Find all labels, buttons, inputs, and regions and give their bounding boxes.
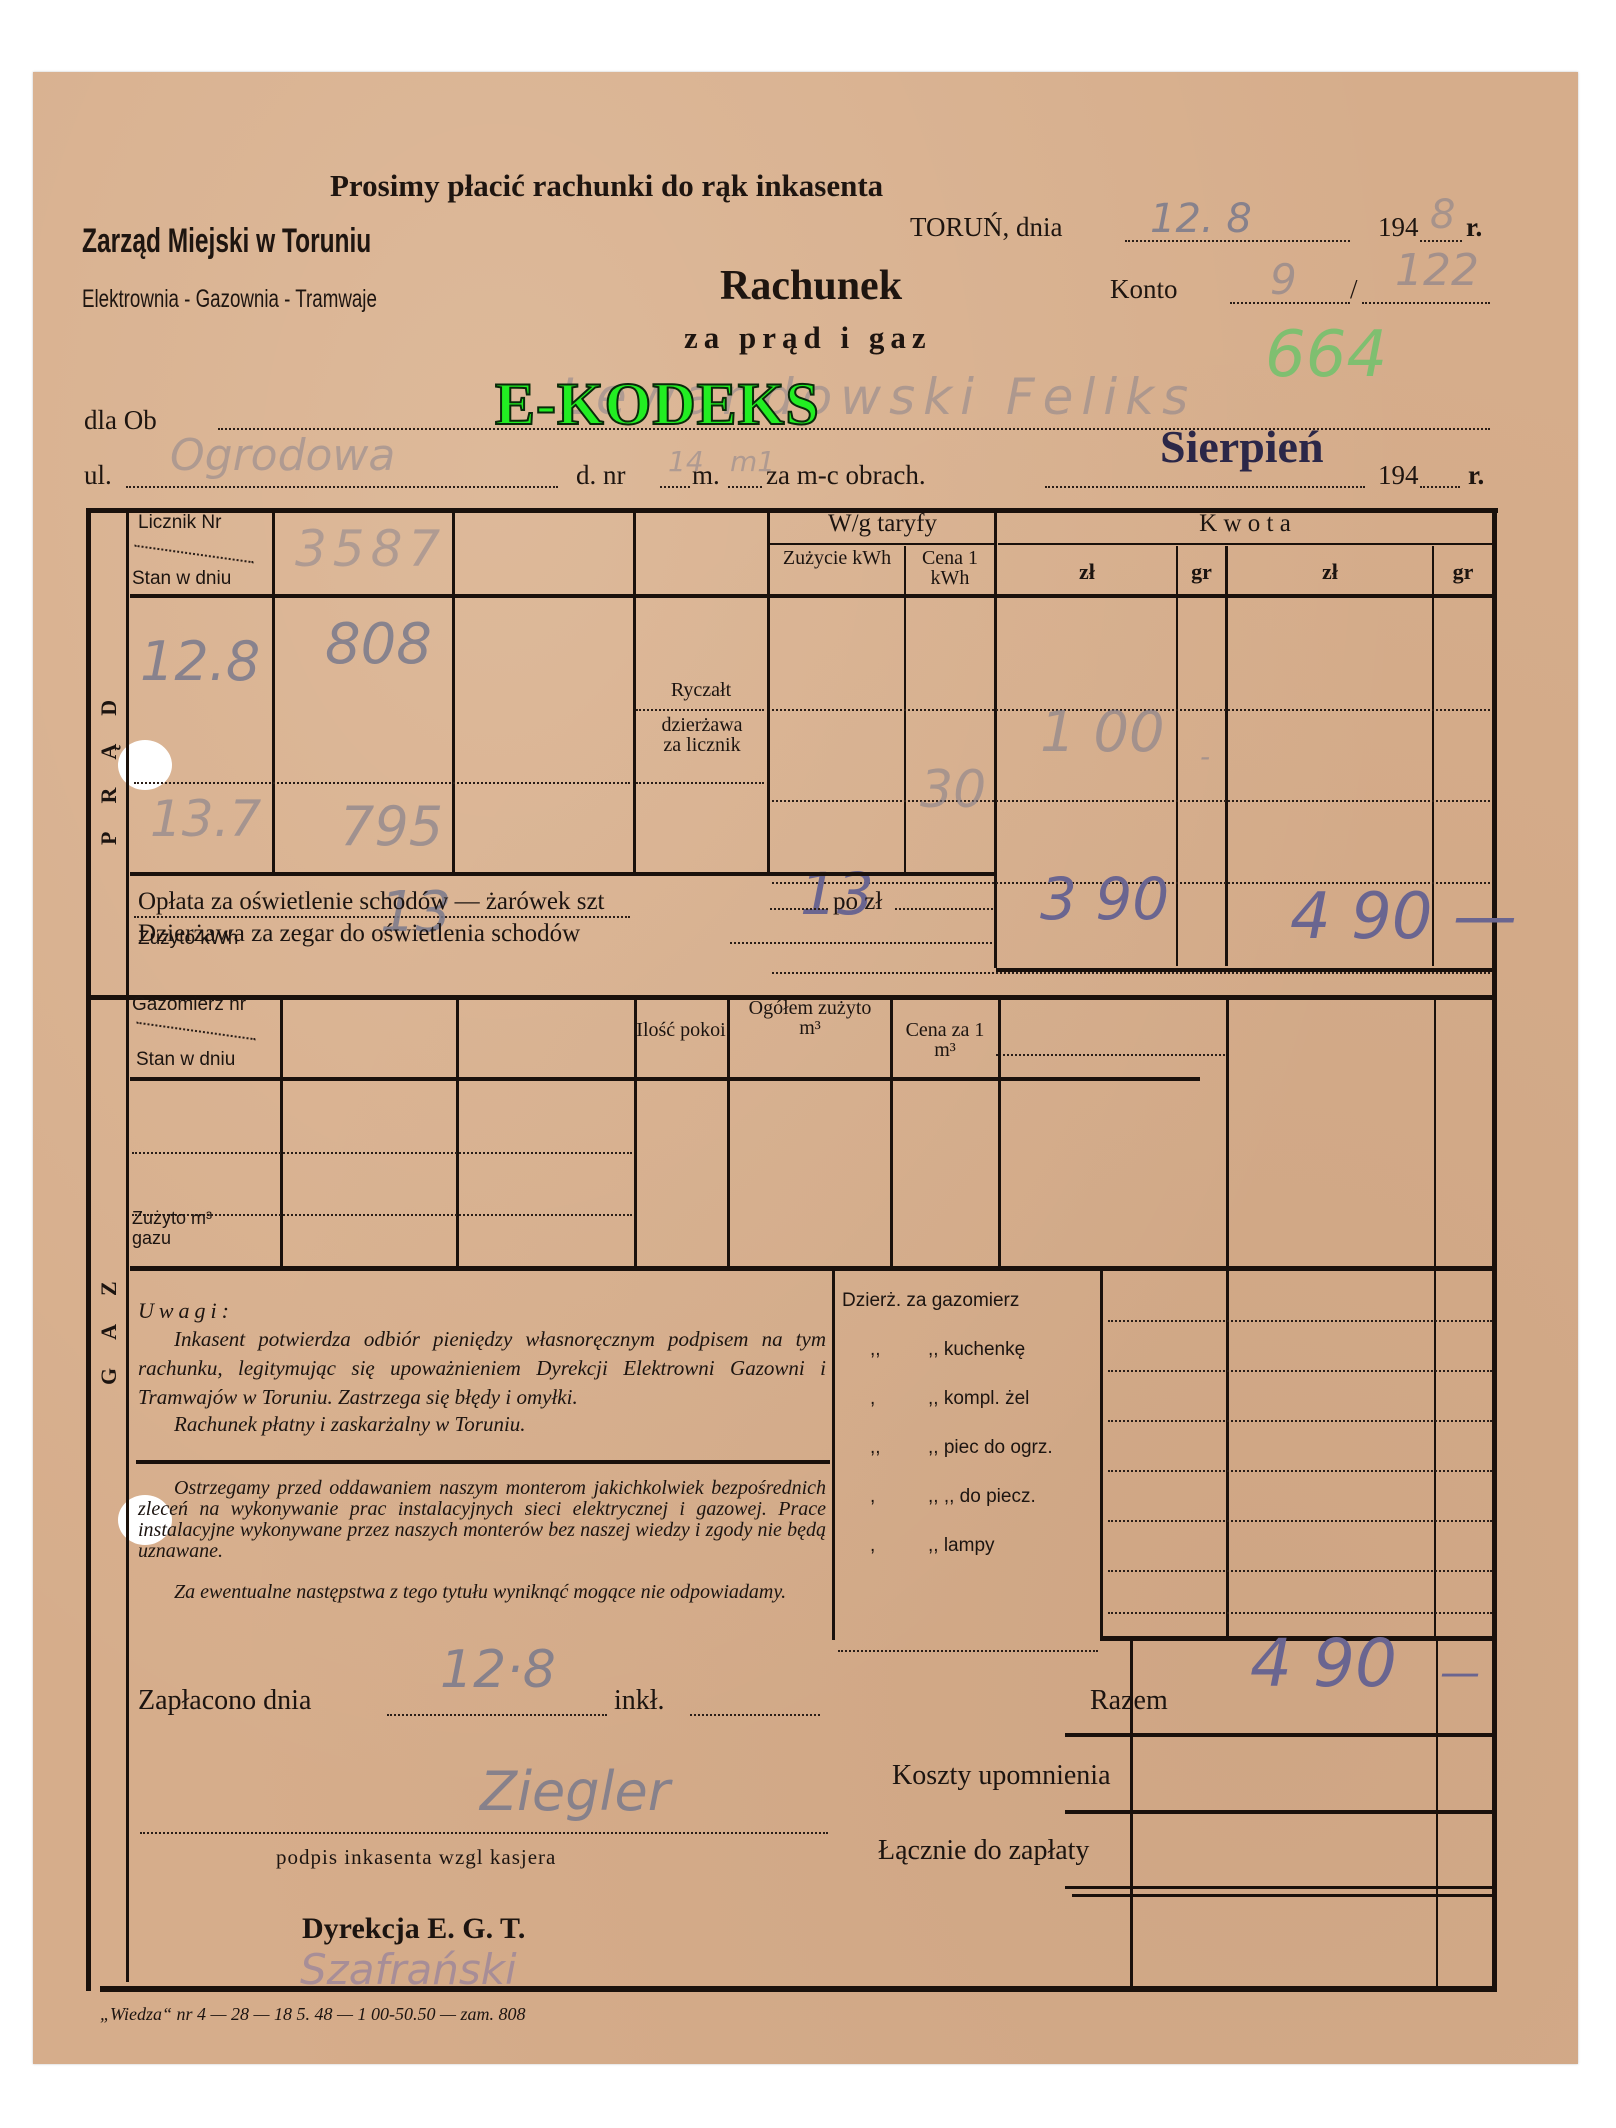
power-rent-bottom-line xyxy=(636,782,764,784)
gas-rent-item-meter: Dzierż. za gazomierz xyxy=(842,1290,1097,1339)
invoice-subtitle: za prąd i gaz xyxy=(684,320,932,356)
year-field-line xyxy=(1420,240,1462,242)
ditto-mark: , xyxy=(870,1388,928,1410)
grand-total-label: Łącznie do zapłaty xyxy=(878,1835,1089,1867)
table-right-border xyxy=(1492,508,1497,1991)
paid-date-handwritten: 12·8 xyxy=(440,1640,556,1700)
amount-subheader-line xyxy=(998,543,1492,545)
billing-period-label: za m-c obrach. xyxy=(766,460,926,491)
power-rent-top-line xyxy=(636,709,764,711)
gas-rent-line-2 xyxy=(1108,1370,1492,1372)
billing-period-stamp: Sierpień xyxy=(1160,420,1324,473)
grand-total-line-1 xyxy=(1065,1886,1493,1889)
grand-total-line-2 xyxy=(1072,1894,1493,1897)
warning-paragraph-1: Ostrzegamy przed oddawaniem naszym monte… xyxy=(138,1478,826,1562)
collector-signature: Ziegler xyxy=(480,1760,670,1823)
previous-reading-value: 795 xyxy=(340,795,443,858)
power-col-line-7 xyxy=(1176,546,1178,966)
gas-rent-line-7 xyxy=(1108,1612,1492,1614)
reminder-costs-label: Koszty upomnienia xyxy=(892,1760,1111,1792)
reading-date-label: Stan w dniu xyxy=(132,568,231,590)
gas-rent-line-4 xyxy=(1108,1470,1492,1472)
gas-rent-bottom-dots xyxy=(838,1650,1098,1652)
invoice-title: Rachunek xyxy=(720,262,902,310)
house-number-line xyxy=(660,486,690,488)
gas-rent-item-iron: ,,, kompl. żel xyxy=(842,1388,1097,1437)
notes-paragraph-1: Inkasent potwierdza odbiór pieniędzy wła… xyxy=(138,1325,826,1412)
apartment-label: m. xyxy=(692,460,720,491)
gas-rent-item-heater: ,,,, piec do ogrz. xyxy=(842,1437,1097,1486)
power-col-line-1 xyxy=(272,513,275,873)
billing-year-suffix: r. xyxy=(1468,460,1484,491)
power-amount-line-b xyxy=(772,800,1490,802)
account-separator: / xyxy=(1350,274,1358,305)
date-handwritten: 12. 8 xyxy=(1150,196,1252,242)
gas-consumed-label: Zużyto m³ gazu xyxy=(132,1208,242,1248)
notes-paragraph-2: Rachunek płatny i zaskarżalny w Toruniu. xyxy=(174,1412,526,1437)
gas-rent-item-label: ,, piec do ogrz. xyxy=(928,1437,1053,1458)
stair-bulb-count-line xyxy=(770,908,828,910)
power-header-bottom-line xyxy=(130,594,1495,598)
total-gr-handwritten: — xyxy=(1440,1650,1480,1696)
customer-for-label: dla Ob xyxy=(84,405,157,436)
green-account-number: 664 xyxy=(1265,318,1387,392)
billing-period-line xyxy=(1045,486,1365,488)
reminder-row-line xyxy=(1065,1810,1493,1814)
gas-rent-line-3 xyxy=(1108,1420,1492,1422)
power-col-line-4 xyxy=(767,513,770,873)
gas-rent-line-5 xyxy=(1108,1520,1492,1522)
previous-reading-date: 13.7 xyxy=(150,790,261,848)
issuer-divisions: Elektrownia - Gazownia - Tramwaje xyxy=(82,285,377,314)
power-stair-top-line xyxy=(130,872,994,876)
signature-caption: podpis inkasenta wzgl kasjera xyxy=(276,1845,556,1870)
gas-col-line-4 xyxy=(727,1000,730,1270)
signature-line xyxy=(140,1832,828,1834)
paid-on-label: Zapłacono dnia xyxy=(138,1685,311,1717)
table-left-border xyxy=(86,508,91,1991)
ekodeks-watermark: E-KODEKS xyxy=(495,370,820,439)
stair-lighting-label: Opłata za oświetlenie schodów — żarówek … xyxy=(138,888,605,916)
total-value-handwritten: 4 90 xyxy=(1250,1625,1397,1702)
price-per-kwh-header: Cena 1 kWh xyxy=(906,548,994,588)
year-prefix: 194 xyxy=(1378,212,1419,243)
gas-rent-item-label: ,, kompl. żel xyxy=(928,1388,1029,1409)
amount-gr-header-2: gr xyxy=(1434,562,1492,582)
total-label: Razem xyxy=(1090,1685,1168,1717)
gas-section-label: GAZ xyxy=(96,1253,122,1385)
gas-rent-item-cooker: ,,,, kuchenkę xyxy=(842,1339,1097,1388)
account-label: Konto xyxy=(1110,274,1178,305)
total-used-header: Ogółem zużyto m³ xyxy=(740,998,880,1038)
current-reading-date: 12.8 xyxy=(140,630,260,693)
account-right-value: 122 xyxy=(1395,245,1479,296)
amount-zl-header-1: zł xyxy=(998,562,1176,582)
power-col-line-8 xyxy=(1225,546,1228,966)
power-amount-line-e xyxy=(996,1054,1228,1056)
meter-rent-label: dzierżawa za licznik xyxy=(652,715,752,755)
gas-notes-top-line xyxy=(130,1266,1494,1271)
collector-line xyxy=(690,1714,820,1716)
meter-number-value: 3587 xyxy=(295,520,446,578)
power-total-handwritten: 4 90 — xyxy=(1290,880,1517,954)
ditto-mark: ,, xyxy=(870,1339,928,1361)
gas-header-bottom-line xyxy=(130,1077,1200,1081)
gas-rent-item-label: ,, ,, do piecz. xyxy=(928,1486,1036,1507)
year-handwritten: 8 xyxy=(1430,192,1455,238)
flat-fee-label: Ryczałt xyxy=(636,680,766,700)
gas-col-line-6 xyxy=(998,1000,1001,1270)
gas-rent-list: Dzierż. za gazomierz ,,,, kuchenkę ,,, k… xyxy=(842,1290,1097,1584)
power-col-line-2 xyxy=(452,513,455,873)
price-per-kwh-value: 30 xyxy=(920,760,986,820)
notes-title: Uwagi: xyxy=(138,1298,234,1324)
power-row-line-a xyxy=(134,782,630,784)
total-row-line xyxy=(1065,1733,1493,1737)
tariff-subheader-line xyxy=(769,543,995,545)
year-suffix: r. xyxy=(1466,212,1482,243)
amount-gr-header-1: gr xyxy=(1178,562,1225,582)
power-total-line xyxy=(996,968,1492,972)
gas-price-header: Cena za 1 m³ xyxy=(893,1020,997,1060)
request-line: Prosimy płacić rachunki do rąk inkasenta xyxy=(330,168,883,204)
billing-year-line xyxy=(1420,486,1460,488)
street-handwritten: Ogrodowa xyxy=(170,430,395,481)
account-left-value: 9 xyxy=(1270,255,1297,304)
gas-meter-number-label: Gazomierz nr xyxy=(132,994,246,1016)
gas-col-line-2 xyxy=(456,1000,459,1270)
gas-rent-item-oven: ,,, ,, do piecz. xyxy=(842,1486,1097,1535)
collector-label: inkł. xyxy=(614,1685,665,1717)
city-date-label: TORUŃ, dnia xyxy=(910,212,1063,243)
paid-date-line xyxy=(387,1714,607,1716)
gas-rent-item-lamps: ,,, lampy xyxy=(842,1535,1097,1584)
power-section-label: PRĄD xyxy=(96,672,122,845)
notes-divider-line xyxy=(136,1460,830,1464)
rooms-header: Ilość pokoi xyxy=(636,1020,726,1040)
gas-col-line-1 xyxy=(280,1000,283,1270)
apartment-line xyxy=(728,486,762,488)
stair-lighting-price-label: po zł xyxy=(833,888,882,916)
gas-rent-item-label: ,, kuchenkę xyxy=(928,1339,1025,1360)
house-number-label: d. nr xyxy=(576,460,626,491)
directorate-name: Dyrekcja E. G. T. xyxy=(302,1912,525,1946)
ditto-mark: , xyxy=(870,1535,928,1557)
meter-number-label: Licznik Nr xyxy=(138,512,221,534)
amount-zl-header-2: zł xyxy=(1228,562,1432,582)
gas-rent-col-line xyxy=(1100,1270,1103,1640)
power-amount-line-d xyxy=(772,972,1490,974)
notes-right-line xyxy=(832,1270,835,1640)
stair-price-line xyxy=(895,908,993,910)
print-info: „Wiedza“ nr 4 — 28 — 18 5. 48 — 1 00-50.… xyxy=(100,2004,526,2025)
stair-clock-line xyxy=(730,942,992,944)
warning-paragraph-2: Za ewentualne następstwa z tego tytułu w… xyxy=(138,1582,826,1603)
street-label: ul. xyxy=(84,460,112,491)
street-line xyxy=(126,486,558,488)
tariff-header: W/g taryfy xyxy=(770,514,995,534)
current-reading-value: 808 xyxy=(325,612,432,677)
label-column-divider xyxy=(126,512,129,1982)
stair-clock-label: Dzierżawa za zegar do oświetlenia schodó… xyxy=(138,920,580,948)
ditto-mark: ,, xyxy=(870,1437,928,1459)
gas-reading-date-label: Stan w dniu xyxy=(136,1049,235,1071)
gas-rent-item-label: ,, lampy xyxy=(928,1535,995,1556)
meter-rent-amount: 1 00 xyxy=(1040,700,1165,765)
meter-rent-amount-gr: - xyxy=(1200,740,1210,773)
gas-rent-line-6 xyxy=(1108,1570,1492,1572)
account-right-line xyxy=(1362,302,1490,304)
issuer-name: Zarząd Miejski w Toruniu xyxy=(82,222,371,261)
amount-header: K w o t a xyxy=(998,514,1492,534)
gas-rent-line-1 xyxy=(1108,1320,1492,1322)
directorate-signature: Szafrański xyxy=(300,1945,517,1994)
gas-row-line-a xyxy=(132,1152,632,1154)
power-col-line-6 xyxy=(994,513,997,968)
usage-kwh-header: Zużycie kWh xyxy=(772,548,902,568)
energy-amount: 3 90 xyxy=(1040,865,1169,933)
ditto-mark: , xyxy=(870,1486,928,1508)
billing-year-prefix: 194 xyxy=(1378,460,1419,491)
